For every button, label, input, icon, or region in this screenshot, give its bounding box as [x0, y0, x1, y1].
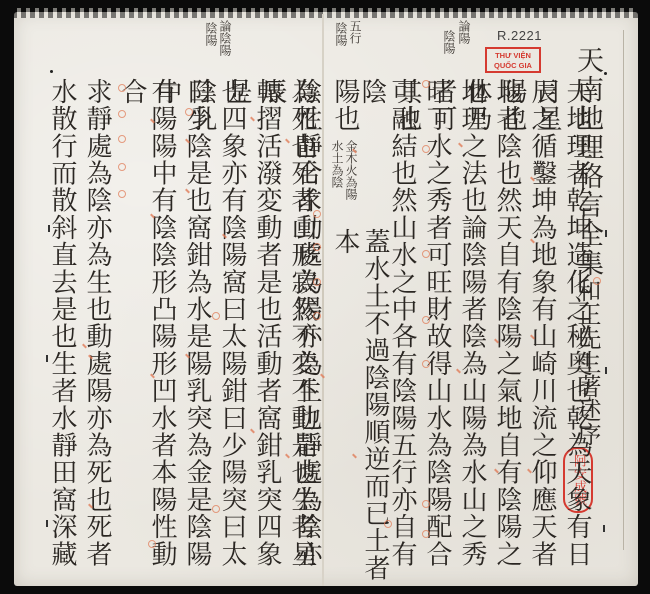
punctuation-circle: [422, 530, 430, 538]
text-column-7a: 陽也: [330, 78, 360, 132]
punctuation-circle: [313, 243, 321, 251]
text-column-14: 求靜處為陰亦為生也動處陽亦為死也死者: [82, 78, 112, 568]
punctuation-circle: [118, 190, 126, 198]
library-stamp: THƯ VIỆN QUỐC GIA: [485, 47, 541, 73]
punctuation-circle: [212, 505, 220, 513]
head-note-3: 論陽: [457, 20, 470, 44]
interlinear-note-b: 水土為陰: [331, 140, 343, 188]
punctuation-circle: [422, 360, 430, 368]
punctuation-circle: [118, 163, 126, 171]
torn-top-edge: [14, 8, 638, 18]
head-note-1: 論陰陽: [218, 20, 231, 56]
punctuation-circle: [313, 312, 321, 320]
center-fold: [322, 14, 324, 586]
margin-mark: [46, 520, 48, 527]
margin-mark: [603, 525, 605, 532]
punctuation-circle: [422, 145, 430, 153]
punctuation-circle: [384, 520, 392, 528]
head-note-1-side: 陰陽: [204, 22, 217, 46]
ink-dot: [604, 72, 607, 75]
punctuation-circle: [422, 80, 430, 88]
punctuation-circle: [313, 210, 321, 218]
punctuation-circle: [118, 84, 126, 92]
punctuation-circle: [422, 250, 430, 258]
library-stamp-line1: THƯ VIỆN: [487, 51, 539, 61]
ink-dot: [50, 70, 53, 73]
library-stamp-line2: QUỐC GIA: [487, 61, 539, 71]
catalog-number: R.2221: [497, 28, 542, 43]
punctuation-circle: [593, 277, 601, 285]
punctuation-circle: [118, 110, 126, 118]
text-column-7b: 蓋水土不過陰陽順逆而已土者本: [330, 228, 390, 594]
margin-mark: [605, 367, 607, 374]
punctuation-circle: [422, 316, 430, 324]
margin-mark: [605, 230, 607, 237]
punctuation-circle: [212, 312, 220, 320]
punctuation-circle: [422, 500, 430, 508]
page-edge: [623, 30, 624, 550]
text-column-13: 有陽陽中有陰陰形凸陽形凹水者本陽性動合: [117, 78, 177, 594]
punctuation-circle: [313, 278, 321, 286]
head-note-2-side: 陰陽: [334, 22, 347, 46]
punctuation-circle: [185, 108, 193, 116]
text-column-15: 水散行而散斜直去是也生者水靜田窩深藏: [47, 78, 77, 568]
punctuation-circle: [118, 135, 126, 143]
head-note-2: 五行: [348, 20, 361, 44]
margin-mark: [48, 225, 50, 232]
punctuation-circle: [148, 540, 156, 548]
head-note-3-side: 陰陽: [442, 30, 455, 54]
margin-mark: [46, 355, 48, 362]
